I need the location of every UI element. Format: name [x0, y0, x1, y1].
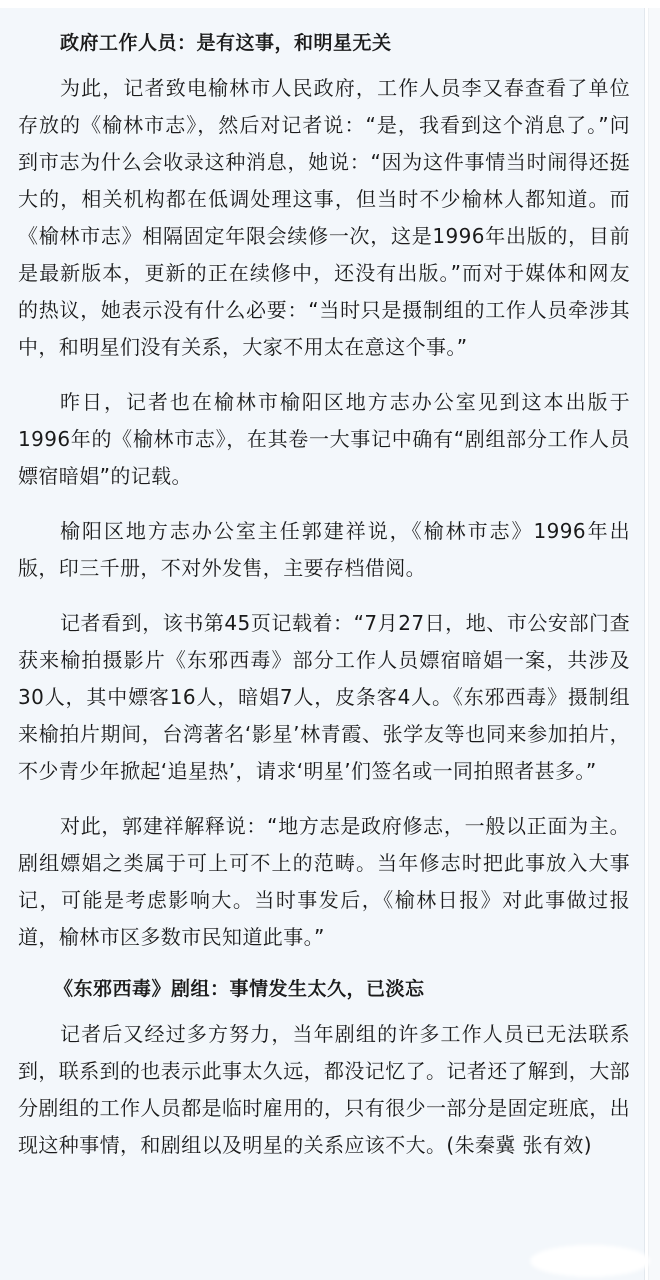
article-page: 政府工作人员：是有这事，和明星无关 为此，记者致电榆林市人民政府，工作人员李又春…	[0, 8, 645, 1280]
paragraph-phone-call: 为此，记者致电榆林市人民政府，工作人员李又春查看了单位存放的《榆林市志》，然后对…	[18, 70, 630, 366]
paragraph-page-45-record: 记者看到，该书第45页记载着：“7月27日，地、市公安部门查获来榆拍摄影片《东邪…	[18, 605, 630, 790]
paragraph-crew-contact: 记者后又经过多方努力，当年剧组的许多工作人员已无法联系到，联系到的也表示此事太久…	[18, 1016, 630, 1164]
section-heading-film-crew: 《东邪西毒》剧组：事情发生太久，已淡忘	[18, 974, 630, 1004]
paragraph-office-director: 榆阳区地方志办公室主任郭建祥说，《榆林市志》1996年出版，印三千册，不对外发售…	[18, 513, 630, 587]
redaction-smudge	[530, 1245, 650, 1277]
section-heading-government: 政府工作人员：是有这事，和明星无关	[18, 28, 630, 58]
article-body: 政府工作人员：是有这事，和明星无关 为此，记者致电榆林市人民政府，工作人员李又春…	[18, 28, 630, 1182]
paragraph-explanation: 对此，郭建祥解释说：“地方志是政府修志，一般以正面为主。剧组嫖娼之类属于可上可不…	[18, 808, 630, 956]
page-edge	[648, 8, 660, 1280]
paragraph-local-chronicle-office: 昨日，记者也在榆林市榆阳区地方志办公室见到这本出版于1996年的《榆林市志》，在…	[18, 384, 630, 495]
